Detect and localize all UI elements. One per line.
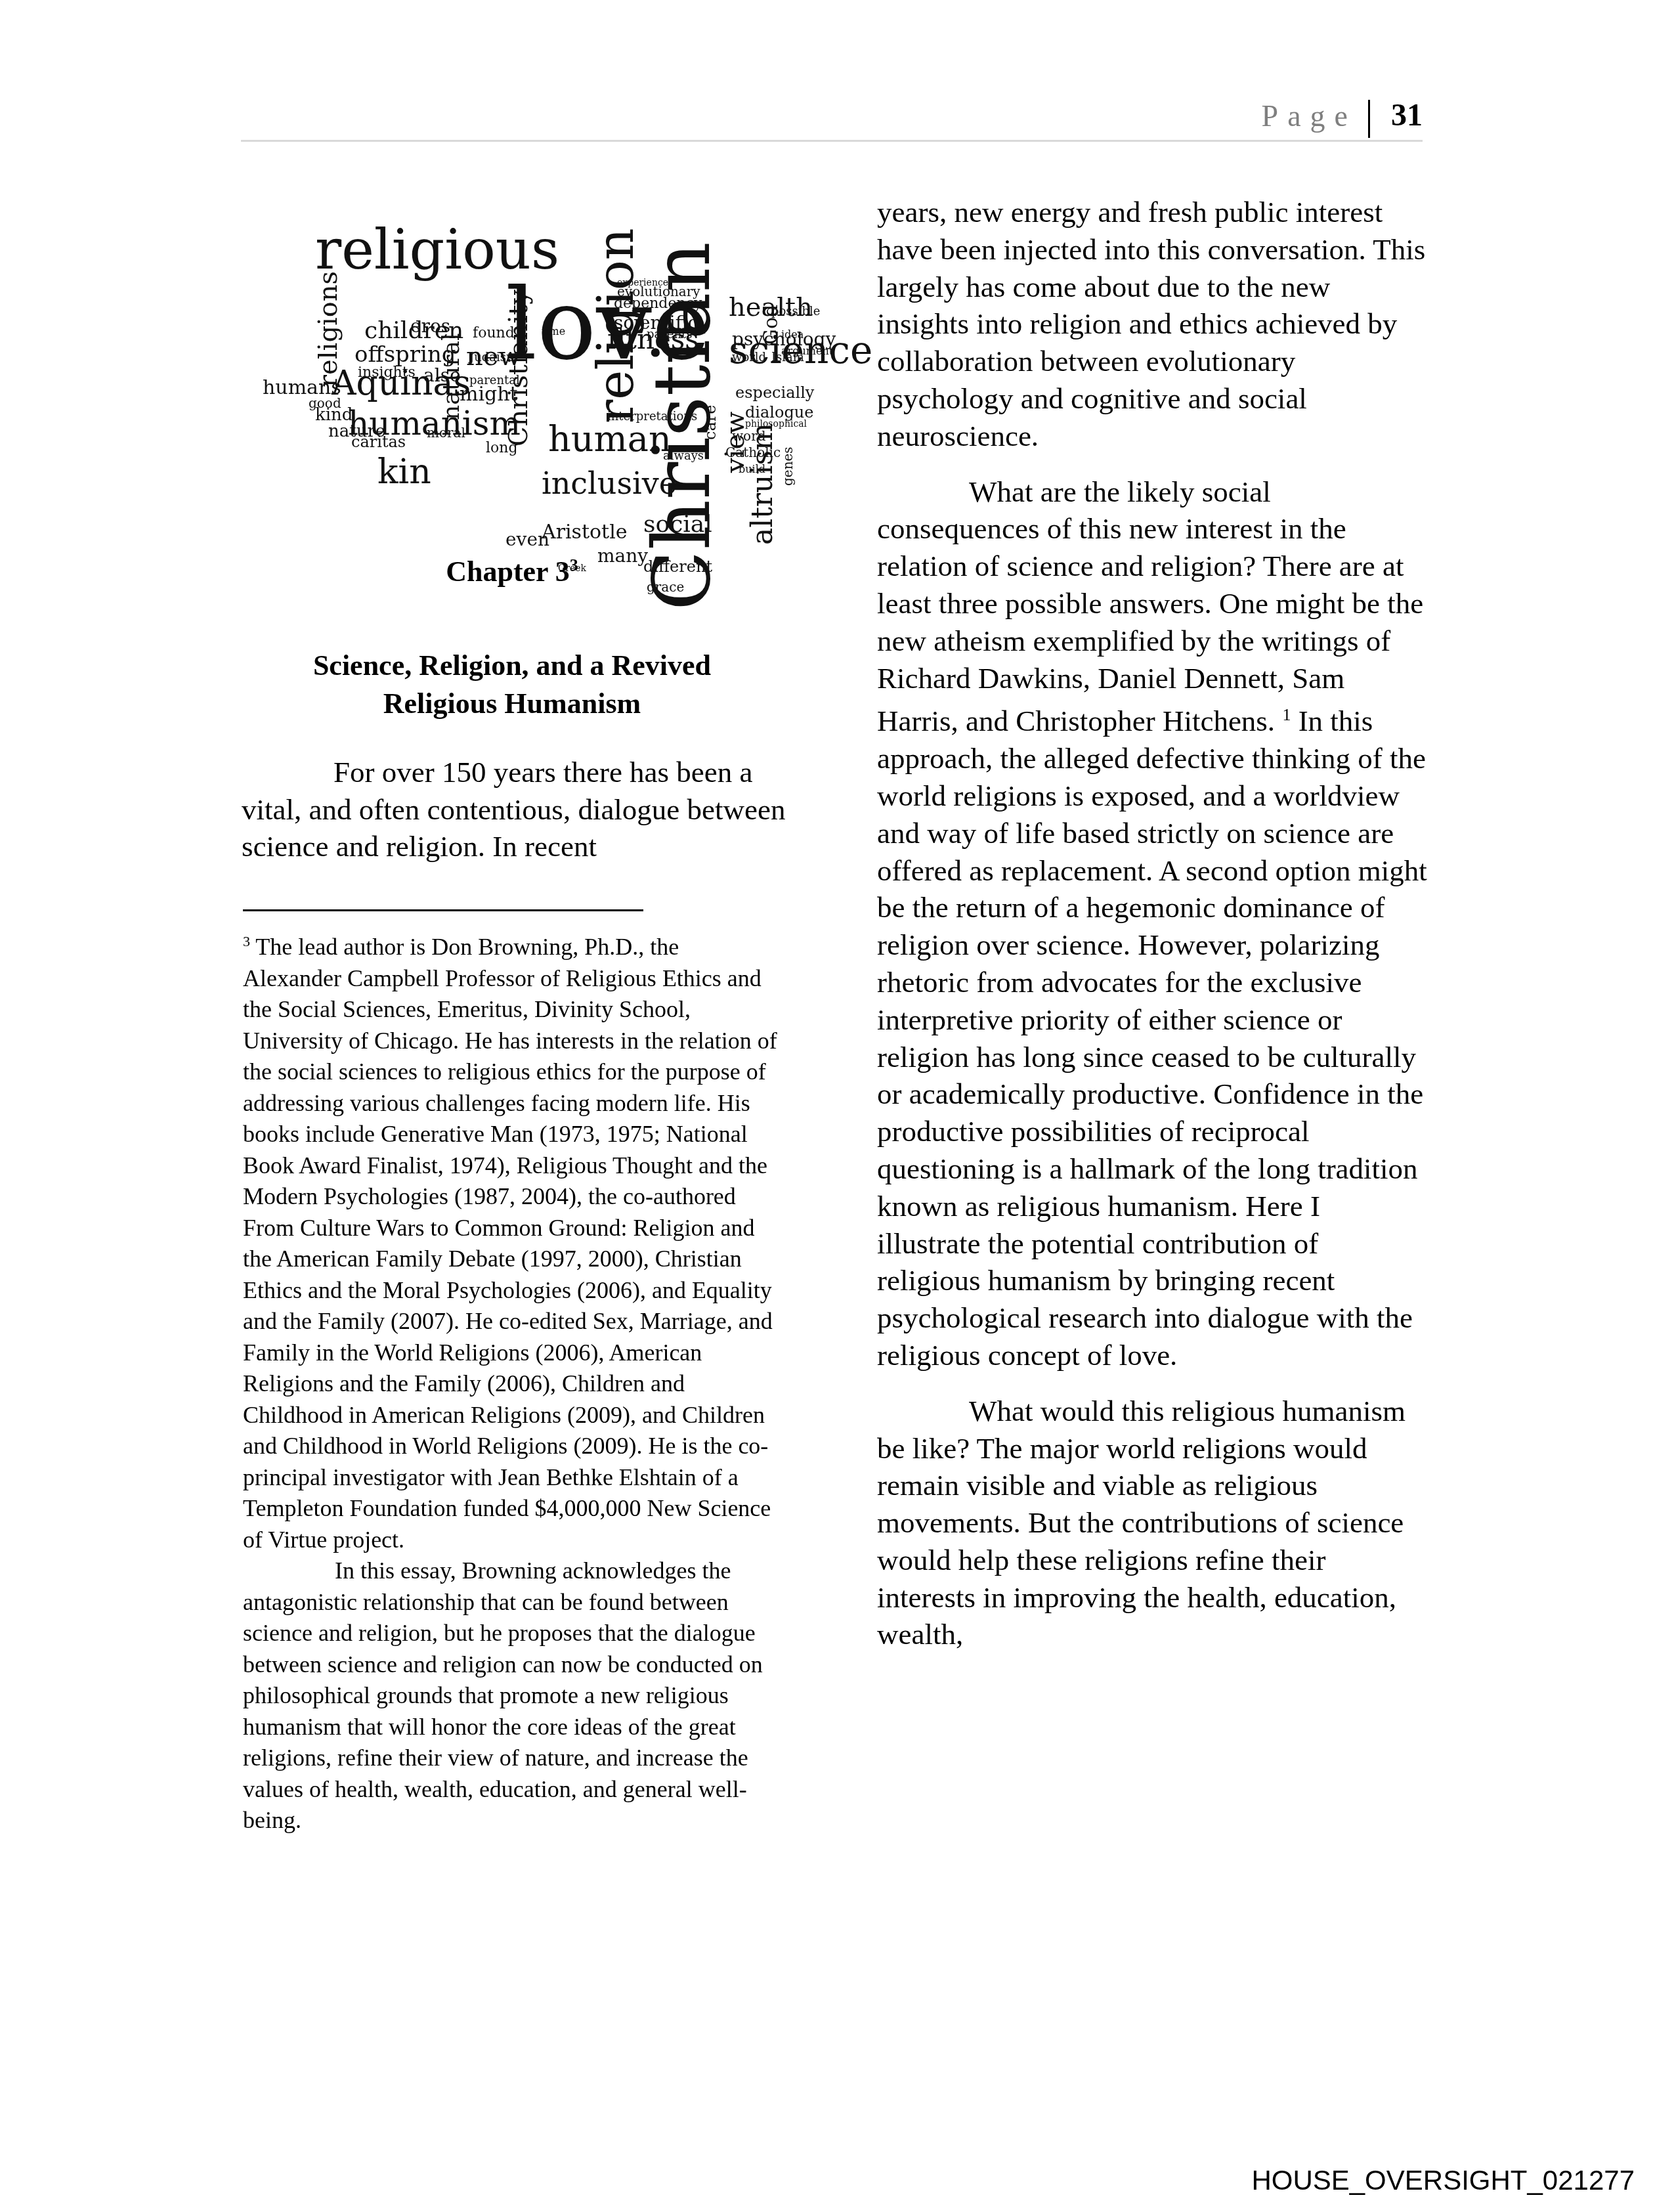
- chapter-title: Science, Religion, and a Revived Religio…: [249, 647, 775, 723]
- word-cloud-word: moral: [427, 426, 465, 439]
- word-cloud-word: good: [309, 397, 341, 410]
- header-rule: [241, 140, 1423, 142]
- word-cloud-image: religiouslovesciencehumanhumanismAquinas…: [249, 204, 827, 538]
- word-cloud-word: time: [542, 326, 565, 337]
- footnote-ref: 3: [570, 555, 578, 575]
- body-paragraph-3: What would this religious humanism be li…: [877, 1393, 1428, 1654]
- paragraph-2-text-b: In this approach, the alleged defective …: [877, 705, 1427, 1372]
- word-cloud-word-vertical: God: [762, 305, 781, 345]
- footnote-paragraph-2: In this essay, Browning acknowledges the…: [243, 1555, 781, 1836]
- word-cloud-word-vertical: Christianity: [505, 290, 532, 446]
- footnote-marker: 3: [243, 933, 250, 949]
- word-cloud-word-vertical: natural: [440, 334, 463, 421]
- body-paragraph: For over 150 years there has been a vita…: [242, 754, 793, 865]
- page-number: 31: [1391, 97, 1423, 133]
- page-header: Page 31: [241, 92, 1423, 138]
- word-cloud-word-vertical: care: [702, 405, 718, 440]
- title-line-1: Science, Religion, and a Revived: [249, 647, 775, 685]
- footnote-separator: [243, 909, 643, 911]
- page-label: Page: [1262, 98, 1357, 133]
- title-line-2: Religious Humanism: [249, 685, 775, 723]
- left-column-body: For over 150 years there has been a vita…: [242, 754, 793, 865]
- word-cloud-word: idea: [781, 330, 804, 340]
- header-separator: [1368, 100, 1370, 138]
- word-cloud-word-vertical: religions: [315, 271, 341, 387]
- chapter-heading: Chapter 33: [249, 555, 775, 588]
- word-cloud-word: insights: [358, 366, 416, 380]
- word-cloud-word: especially: [735, 385, 814, 401]
- chapter-label: Chapter 3: [446, 555, 570, 588]
- body-paragraph-continued: years, new energy and fresh public inter…: [877, 194, 1428, 455]
- body-paragraph-2: What are the likely social consequences …: [877, 473, 1428, 1374]
- word-cloud-word: even: [505, 531, 549, 549]
- word-cloud-word-vertical: view: [722, 412, 748, 473]
- word-cloud-word-vertical: altruism: [748, 423, 777, 545]
- footnote: 3 The lead author is Don Browning, Ph.D.…: [243, 926, 781, 1836]
- right-column-body: years, new energy and fresh public inter…: [877, 194, 1428, 1653]
- word-cloud-word-vertical: genes: [781, 446, 794, 486]
- word-cloud-word: eros: [410, 317, 450, 336]
- word-cloud-word: dialogue: [745, 404, 814, 420]
- footnote-text-1: The lead author is Don Browning, Ph.D., …: [243, 934, 777, 1553]
- word-cloud-word: Islam: [771, 352, 804, 364]
- word-cloud-word: world: [732, 352, 766, 364]
- word-cloud-word: kin: [377, 455, 431, 489]
- bates-number: HOUSE_OVERSIGHT_021277: [1251, 2165, 1635, 2196]
- paragraph-2-text-a: What are the likely social consequences …: [877, 475, 1423, 738]
- footnote-paragraph-1: 3 The lead author is Don Browning, Ph.D.…: [243, 926, 781, 1555]
- endnote-ref: 1: [1282, 705, 1291, 724]
- word-cloud-word: caritas: [351, 434, 406, 450]
- word-cloud-word: Aristotle: [542, 523, 628, 542]
- word-cloud-word-vertical: religion: [591, 228, 641, 423]
